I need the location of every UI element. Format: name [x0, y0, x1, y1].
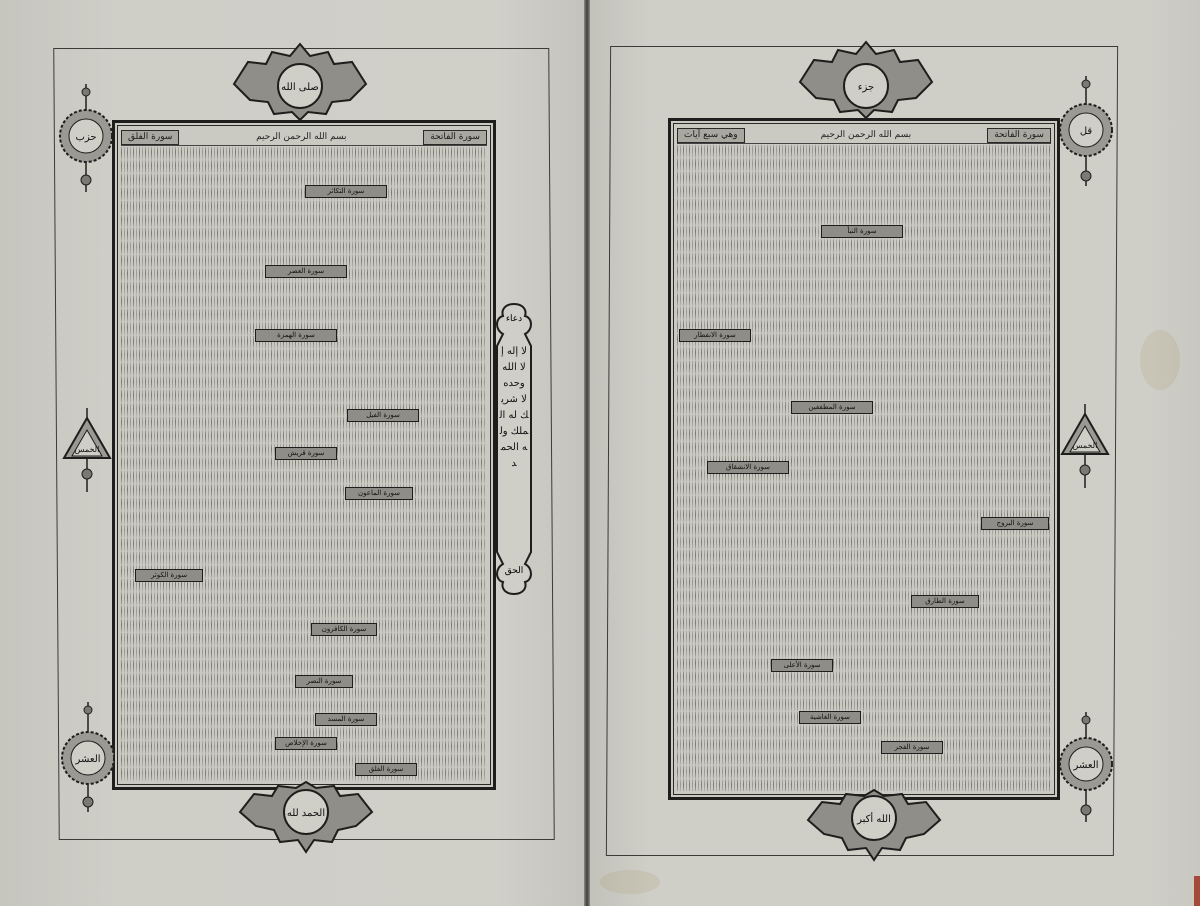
surah-heading: سورة الفلق [355, 763, 417, 776]
surah-heading: سورة الفجر [881, 741, 943, 754]
left-margin-medallion-middle-text: الخمس [75, 445, 100, 454]
left-header-left-label: سورة الفلق [121, 130, 179, 145]
surah-heading: سورة الانفطار [679, 329, 751, 342]
left-margin-medallion-bottom: العشر [60, 702, 116, 814]
left-header-row: سورة الفلق بسم الله الرحمن الرحيم سورة ا… [121, 129, 487, 146]
right-bottom-cartouche-ornament: الله أكبر [806, 786, 942, 862]
book-gutter [584, 0, 590, 906]
surah-heading: سورة التكاثر [305, 185, 387, 198]
left-header-right-label: سورة الفاتحة [423, 130, 487, 145]
right-top-cartouche-ornament: جزء [798, 40, 934, 120]
right-margin-medallion-top-text: قل [1080, 126, 1093, 137]
left-margin-medallion-top-text: حزب [75, 132, 96, 143]
center-vertical-prayer-panel: لا إله إلا الله وحده لا شريك له الملك ول… [493, 302, 535, 596]
left-top-cartouche-ornament: صلى الله [232, 42, 368, 122]
surah-heading: سورة الهمزة [255, 329, 337, 342]
right-margin-medallion-top: قل [1058, 76, 1114, 188]
surah-heading: سورة الماعون [345, 487, 413, 500]
surah-heading: سورة الإخلاص [275, 737, 337, 750]
left-margin-medallion-bottom-text: العشر [74, 754, 100, 765]
surah-heading: سورة قريش [275, 447, 337, 460]
right-top-cartouche-text: جزء [858, 82, 874, 93]
surah-heading: سورة الغاشية [799, 711, 861, 724]
left-margin-medallion-middle: الخمس [62, 408, 112, 494]
paper-stain [1140, 330, 1180, 390]
surah-heading: سورة الفيل [347, 409, 419, 422]
ribbon-bookmark [1194, 876, 1200, 906]
right-margin-medallion-middle: الخمس [1060, 404, 1110, 490]
surah-heading: سورة العصر [265, 265, 347, 278]
surah-heading: سورة الطارق [911, 595, 979, 608]
surah-heading: سورة المطففين [791, 401, 873, 414]
surah-heading: سورة المسد [315, 713, 377, 726]
right-margin-medallion-bottom-text: العشر [1072, 760, 1098, 771]
right-header-right-label: سورة الفاتحة [987, 128, 1051, 143]
center-panel-text: لا إله إلا الله وحده لا شريك له الملك ول… [499, 344, 529, 554]
left-text-block: سورة الفلق بسم الله الرحمن الرحيم سورة ا… [112, 120, 496, 790]
right-header-left-label: وهي سبع آيات [677, 128, 745, 143]
surah-heading: سورة النصر [295, 675, 353, 688]
right-margin-medallion-middle-text: الخمس [1073, 441, 1098, 450]
left-bismillah: بسم الله الرحمن الرحيم [256, 132, 346, 142]
left-bottom-cartouche-ornament: الحمد لله [238, 778, 374, 854]
right-header-row: وهي سبع آيات بسم الله الرحمن الرحيم سورة… [677, 127, 1051, 144]
surah-heading: سورة الكوثر [135, 569, 203, 582]
right-text-block: وهي سبع آيات بسم الله الرحمن الرحيم سورة… [668, 118, 1060, 800]
center-panel-footer: الحق [493, 566, 535, 576]
left-margin-medallion-top: حزب [58, 84, 114, 194]
surah-heading: سورة البروج [981, 517, 1049, 530]
surah-heading: سورة الأعلى [771, 659, 833, 672]
surah-heading: سورة الكافرون [311, 623, 377, 636]
surah-heading: سورة الانشقاق [707, 461, 789, 474]
paper-stain [600, 870, 660, 894]
surah-heading: سورة النبأ [821, 225, 903, 238]
right-bismillah: بسم الله الرحمن الرحيم [821, 130, 911, 140]
right-margin-medallion-bottom: العشر [1058, 712, 1114, 824]
right-bottom-cartouche-text: الله أكبر [856, 812, 891, 825]
center-panel-label: دعاء [493, 314, 535, 324]
left-bottom-cartouche-text: الحمد لله [287, 808, 325, 819]
left-top-cartouche-text: صلى الله [281, 82, 319, 93]
